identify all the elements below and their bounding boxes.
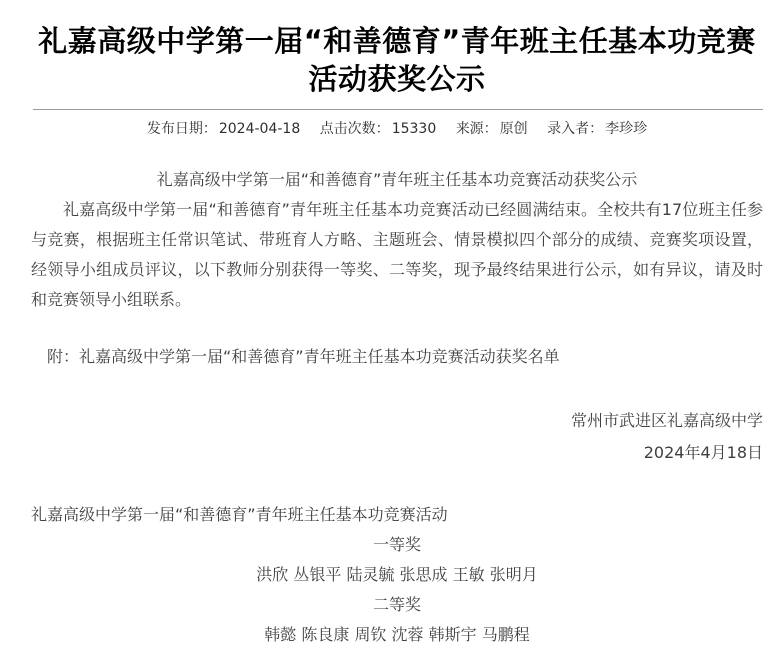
recorder-label: 录入者：: [547, 121, 603, 137]
hit-count: 点击次数：15330: [320, 121, 437, 137]
meta-bar: 发布日期：2024-04-18 点击次数：15330 来源：原创 录入者：李珍珍: [31, 119, 763, 139]
publish-date: 发布日期：2024-04-18: [147, 121, 300, 137]
signature-line: 常州市武进区礼嘉高级中学: [31, 406, 763, 436]
publish-date-value: 2024-04-18: [219, 121, 300, 137]
hit-count-value: 15330: [392, 121, 437, 137]
awards-heading: 礼嘉高级中学第一届“和善德育”青年班主任基本功竞赛活动: [31, 500, 763, 530]
page-title-line1: 礼嘉高级中学第一届“和善德育”青年班主任基本功竞赛: [31, 22, 763, 60]
date-line: 2024年4月18日: [31, 438, 763, 468]
recorder: 录入者：李珍珍: [547, 121, 647, 137]
hit-count-label: 点击次数：: [320, 121, 390, 137]
article-page: 礼嘉高级中学第一届“和善德育”青年班主任基本功竞赛 活动获奖公示 发布日期：20…: [0, 22, 781, 650]
article-subtitle: 礼嘉高级中学第一届“和善德育”青年班主任基本功竞赛活动获奖公示: [31, 165, 763, 195]
second-prize-names: 韩懿 陈良康 周钦 沈蓉 韩斯宇 马鹏程: [31, 620, 763, 650]
publish-date-label: 发布日期：: [147, 121, 217, 137]
source-label: 来源：: [456, 121, 498, 137]
first-prize-names: 洪欣 丛银平 陆灵毓 张思成 王敏 张明月: [31, 560, 763, 590]
attachment-line: 附：礼嘉高级中学第一届“和善德育”青年班主任基本功竞赛活动获奖名单: [31, 342, 763, 372]
second-prize-heading: 二等奖: [31, 590, 763, 620]
article-body: 礼嘉高级中学第一届“和善德育”青年班主任基本功竞赛活动获奖公示 礼嘉高级中学第一…: [31, 165, 763, 650]
source: 来源：原创: [456, 121, 528, 137]
page-title: 礼嘉高级中学第一届“和善德育”青年班主任基本功竞赛 活动获奖公示: [31, 22, 763, 98]
first-prize-heading: 一等奖: [31, 530, 763, 560]
body-paragraph: 礼嘉高级中学第一届“和善德育”青年班主任基本功竞赛活动已经圆满结束。全校共有17…: [31, 195, 763, 315]
source-value: 原创: [500, 121, 528, 137]
page-title-line2: 活动获奖公示: [31, 60, 763, 98]
recorder-value: 李珍珍: [605, 121, 647, 137]
title-divider: [33, 109, 763, 110]
